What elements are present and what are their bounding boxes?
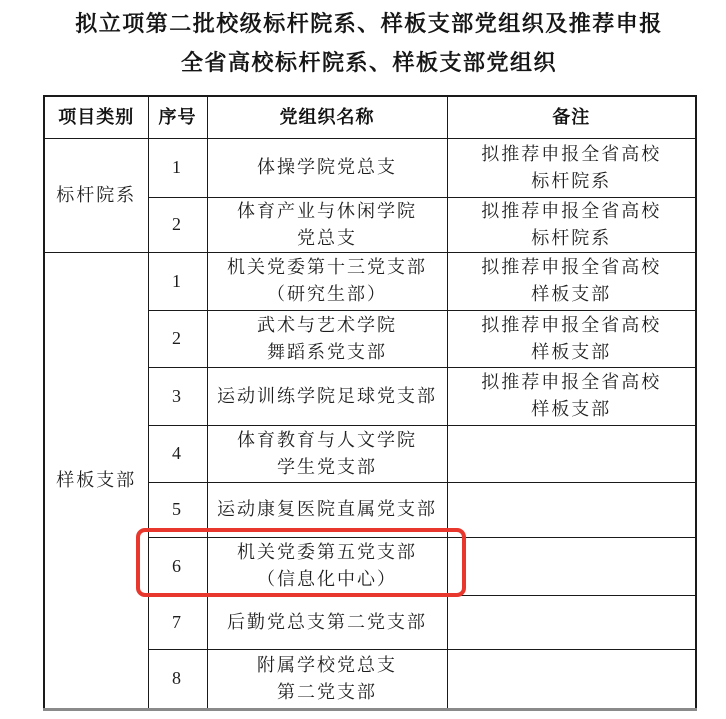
cell-org-name: 体育教育与人文学院 学生党支部	[207, 425, 447, 482]
table-row: 样板支部 1 机关党委第十三党支部 （研究生部） 拟推荐申报全省高校 样板支部	[44, 252, 696, 310]
cell-org-name: 机关党委第十三党支部 （研究生部）	[207, 252, 447, 310]
cell-seq: 7	[148, 595, 207, 649]
cell-org-name: 武术与艺术学院 舞蹈系党支部	[207, 310, 447, 367]
cell-remark: 拟推荐申报全省高校 标杆院系	[447, 197, 696, 252]
header-remark: 备注	[447, 96, 696, 138]
cell-seq: 2	[148, 197, 207, 252]
cell-seq: 5	[148, 482, 207, 537]
cell-seq: 4	[148, 425, 207, 482]
cell-seq: 1	[148, 138, 207, 197]
cell-seq: 1	[148, 252, 207, 310]
cell-seq: 6	[148, 537, 207, 595]
cell-remark: 拟推荐申报全省高校 样板支部	[447, 367, 696, 425]
header-seq: 序号	[148, 96, 207, 138]
cell-org-name: 运动训练学院足球党支部	[207, 367, 447, 425]
cell-org-name: 运动康复医院直属党支部	[207, 482, 447, 537]
cell-org-name: 机关党委第五党支部 （信息化中心）	[207, 537, 447, 595]
cell-remark	[447, 425, 696, 482]
cell-remark: 拟推荐申报全省高校 标杆院系	[447, 138, 696, 197]
document-page: 拟立项第二批校级标杆院系、样板支部党组织及推荐申报 全省高校标杆院系、样板支部党…	[0, 0, 726, 719]
document-title: 拟立项第二批校级标杆院系、样板支部党组织及推荐申报 全省高校标杆院系、样板支部党…	[43, 4, 695, 82]
cell-org-name: 后勤党总支第二党支部	[207, 595, 447, 649]
header-category: 项目类别	[44, 96, 148, 138]
cell-remark	[447, 482, 696, 537]
title-line-1: 拟立项第二批校级标杆院系、样板支部党组织及推荐申报	[43, 4, 695, 43]
cell-seq: 3	[148, 367, 207, 425]
title-line-2: 全省高校标杆院系、样板支部党组织	[43, 43, 695, 82]
cell-org-name: 体操学院党总支	[207, 138, 447, 197]
cell-org-name: 附属学校党总支 第二党支部	[207, 649, 447, 709]
cell-remark	[447, 649, 696, 709]
cell-remark: 拟推荐申报全省高校 样板支部	[447, 310, 696, 367]
cell-org-name: 体育产业与休闲学院 党总支	[207, 197, 447, 252]
cell-seq: 2	[148, 310, 207, 367]
cell-category-group2: 样板支部	[44, 252, 148, 709]
cell-seq: 8	[148, 649, 207, 709]
party-org-table: 项目类别 序号 党组织名称 备注 标杆院系 1 体操学院党总支 拟推荐申报全省高…	[43, 95, 697, 711]
cell-remark: 拟推荐申报全省高校 样板支部	[447, 252, 696, 310]
table-row: 标杆院系 1 体操学院党总支 拟推荐申报全省高校 标杆院系	[44, 138, 696, 197]
table-header-row: 项目类别 序号 党组织名称 备注	[44, 96, 696, 138]
cell-remark	[447, 595, 696, 649]
header-org-name: 党组织名称	[207, 96, 447, 138]
cell-category-group1: 标杆院系	[44, 138, 148, 252]
cell-remark	[447, 537, 696, 595]
